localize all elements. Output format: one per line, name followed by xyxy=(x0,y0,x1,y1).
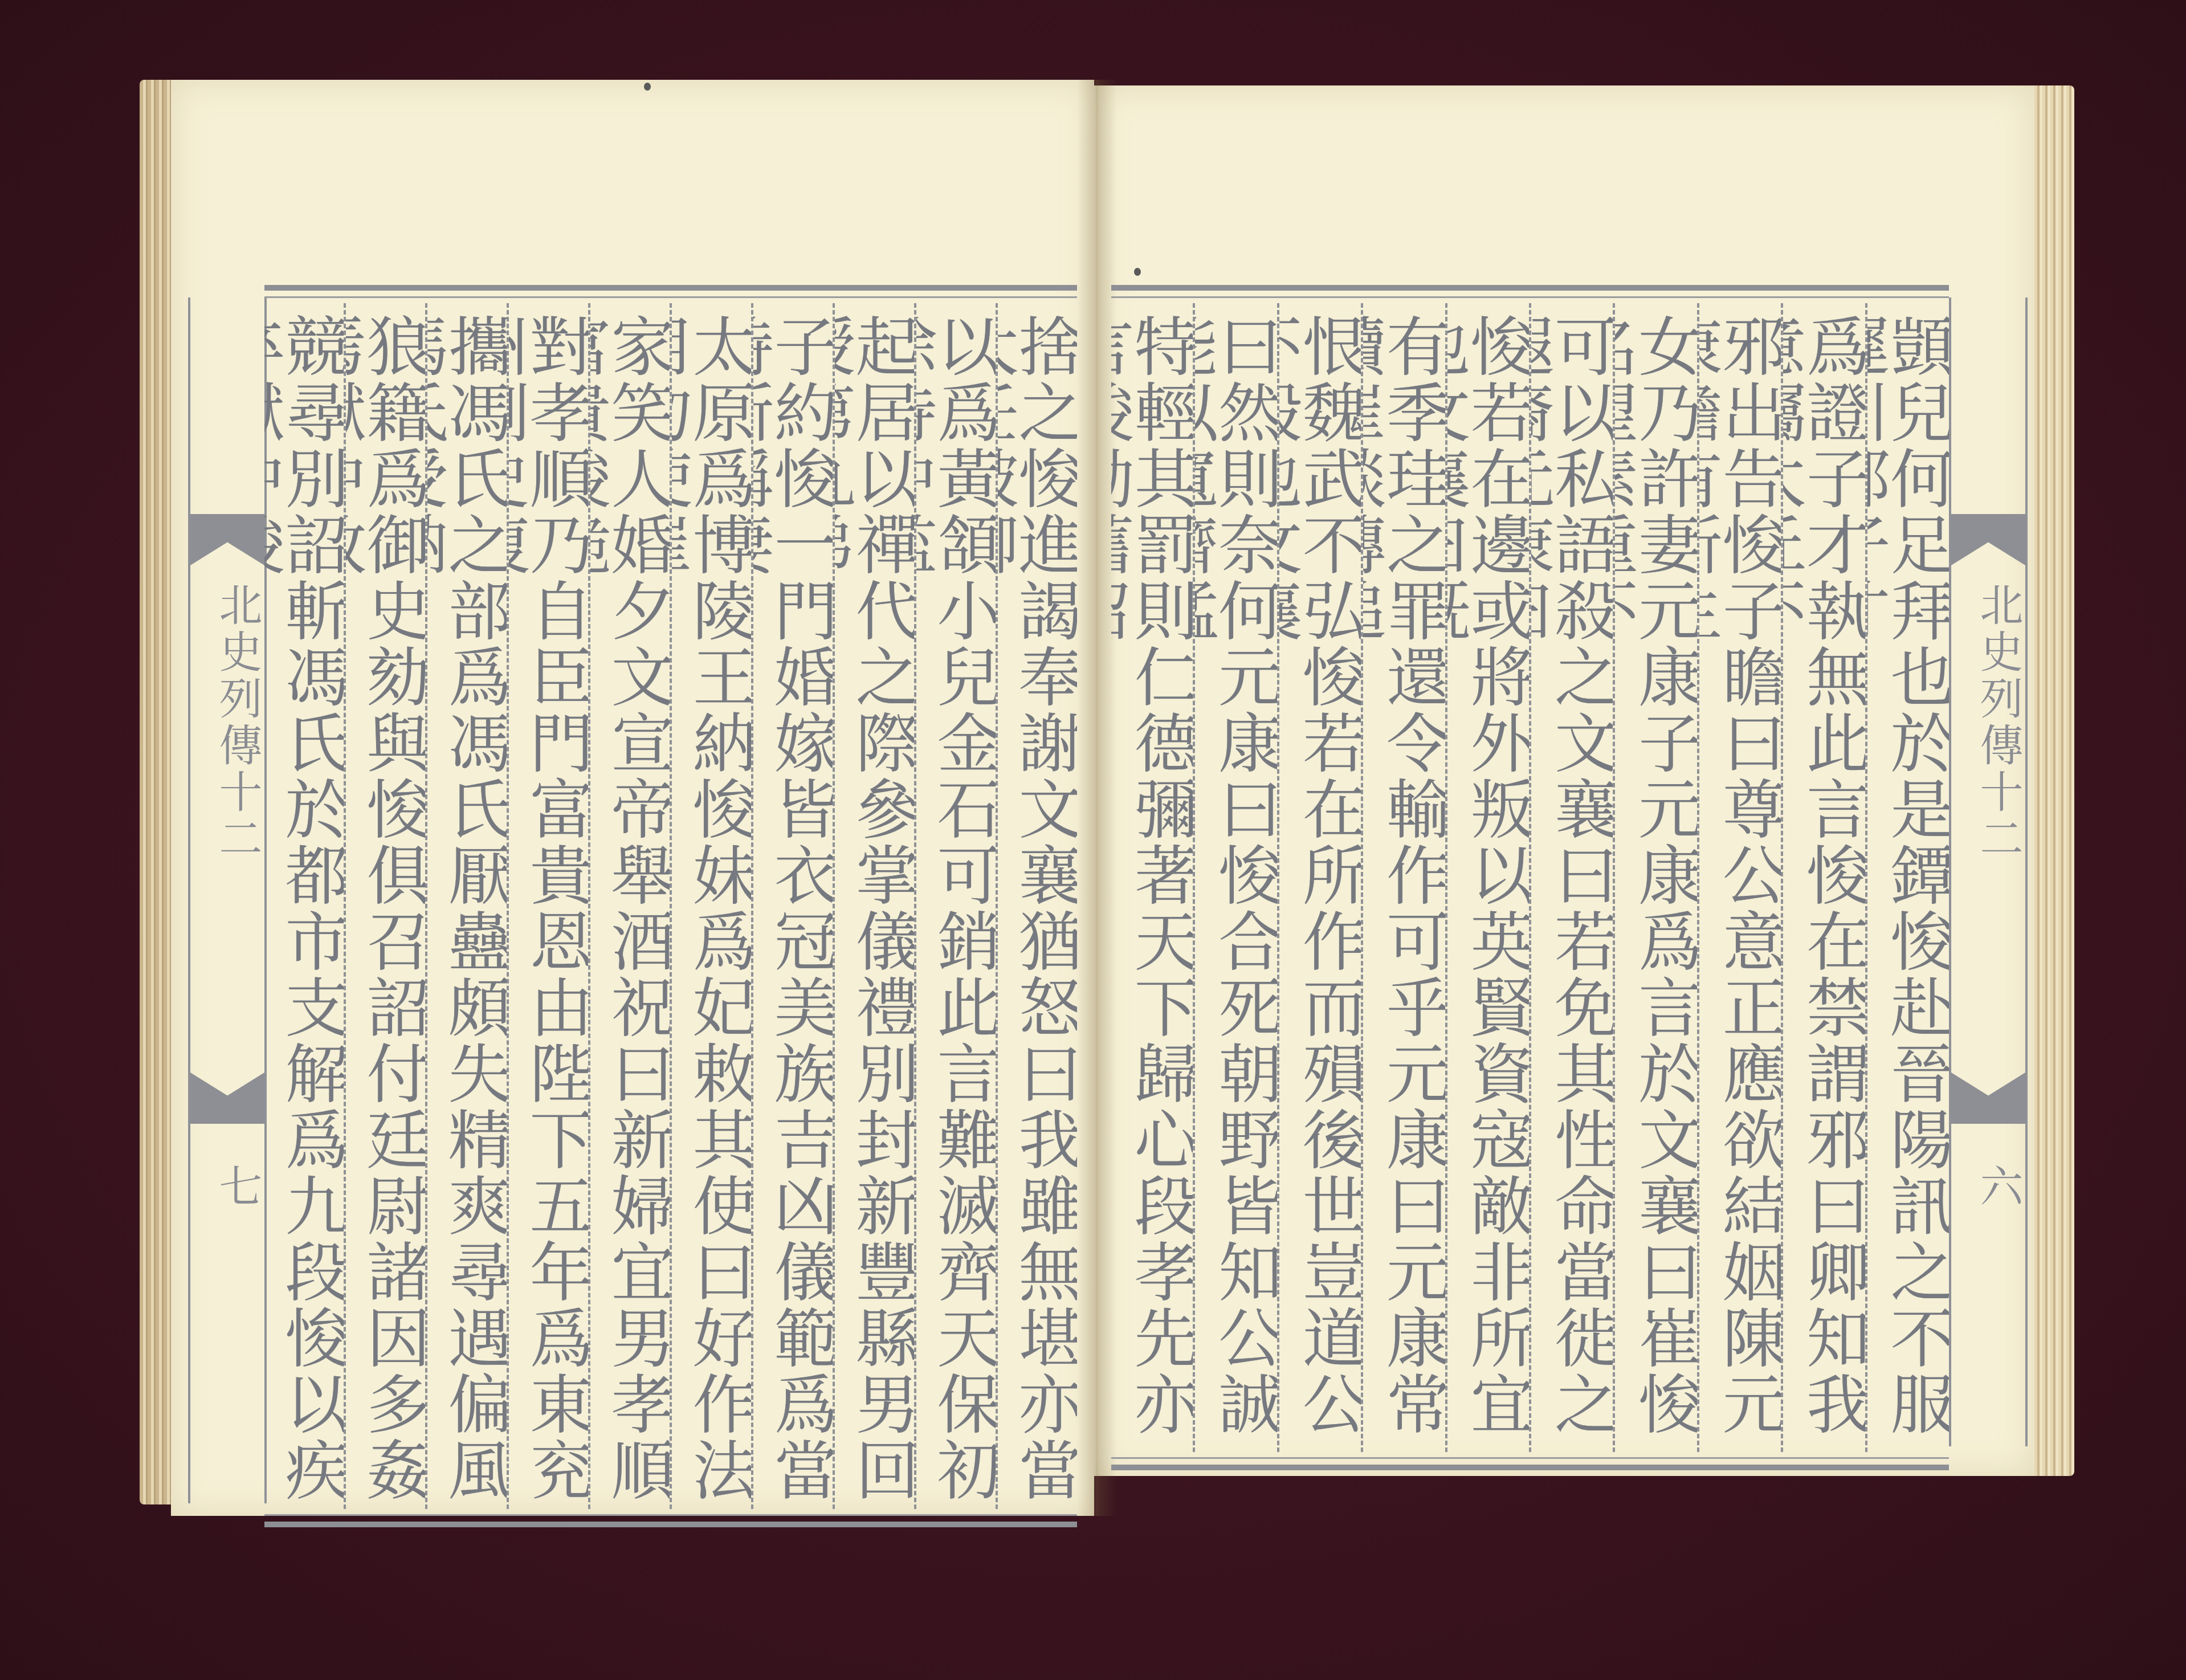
right-text-frame: 顗兒何足拜也於是鐔悛赴晉陽訊之不服遲引邪子才 爲證子才執無此言悛在禁謂邪曰卿知我… xyxy=(1111,285,1949,1470)
right-folio-number: 六 xyxy=(1957,1164,2020,1210)
text-column: 狼籍爲御史劾與悛俱召詔付廷尉諸因多姦焉獄中致 xyxy=(344,303,425,1509)
text-column: 邪出告悛子瞻曰尊公意正應欲結姻陳元康瞻有新生 xyxy=(1697,303,1781,1452)
right-text-columns: 顗兒何足拜也於是鐔悛赴晉陽訊之不服遲引邪子才 爲證子才執無此言悛在禁謂邪曰卿知我… xyxy=(1111,303,1949,1452)
text-column: 起居以禪代之際參掌儀禮別封新豐縣男回授第九弟 xyxy=(833,303,914,1509)
text-column: 子約悛一門婚嫁皆衣冠美族吉凶儀範爲當時所稱妻 xyxy=(751,303,833,1509)
fishtail-mark-lower xyxy=(1951,1073,2025,1124)
right-margin-title: 北史列傳十二 xyxy=(1957,582,2020,863)
fishtail-mark-lower xyxy=(190,1073,264,1124)
text-column: 女乃許妻元康子元康爲言於文襄曰崔悛名望素重不 xyxy=(1613,303,1696,1452)
text-column: 顗兒何足拜也於是鐔悛赴晉陽訊之不服遲引邪子才 xyxy=(1865,303,1949,1452)
fishtail-mark-upper xyxy=(1951,514,2025,565)
text-column: 可以私語殺之文襄曰若免其性命當徙之遐裔元康曰 xyxy=(1529,303,1613,1452)
fishtail-mark-upper xyxy=(190,514,264,565)
text-column: 對孝順乃自臣門富貴恩由陛下五年爲東兖州刺史復 xyxy=(507,303,588,1509)
text-column: 太原爲博陵王納悛妹爲妃敕其使曰好作法用勿使崔 xyxy=(670,303,751,1509)
left-folio-number: 七 xyxy=(196,1164,259,1210)
text-column: 爲證子才執無此言悛在禁謂邪曰卿知我意屬太丘不 xyxy=(1781,303,1865,1452)
binding-hole xyxy=(644,83,651,91)
text-column: 悛若在邊或將外叛以英賢資寇敵非所宜也文襄曰既 xyxy=(1445,303,1529,1452)
right-block-mouth-column: 北史列傳十二 六 xyxy=(1949,297,2028,1446)
text-column: 競尋別詔斬馮氏於都市支解爲九段悛以疾卒獄中悛 xyxy=(264,303,344,1509)
left-text-columns: 捨之悛進謁奉謝文襄猶怒曰我雖無堪亦當大任被卿 以爲黃頷小兒金石可銷此言難滅齊天保… xyxy=(264,303,1077,1509)
text-column: 攜馮氏之部爲馮氏厭蠱頗失精爽尋遇偏風馮氏受納 xyxy=(425,303,507,1509)
left-margin-title: 北史列傳十二 xyxy=(196,582,259,863)
text-column: 特輕其罰則仁德彌著天下歸心段孝先亦言悛勳舊召 xyxy=(1111,303,1193,1452)
text-column: 有季珪之罪還令輸作可乎元康曰元康常讀崔琰傳追 xyxy=(1361,303,1445,1452)
right-page-edges xyxy=(2034,85,2074,1476)
text-column: 捨之悛進謁奉謝文襄猶怒曰我雖無堪亦當大任被卿 xyxy=(996,303,1077,1509)
binding-hole xyxy=(1134,268,1141,276)
text-column: 曰然則奈何元康曰悛合死朝野皆知公誠能以寬濟猛 xyxy=(1193,303,1276,1452)
left-block-mouth-column: 北史列傳十二 七 xyxy=(188,297,267,1503)
text-column: 以爲黃頷小兒金石可銷此言難滅齊天保初除侍中監 xyxy=(914,303,996,1509)
text-column: 恨魏武不弘悛若在所作而殞後世豈道公不殺也文襄 xyxy=(1277,303,1361,1452)
text-column: 家笑人婚夕文宣帝舉酒祝曰新婦宜男孝順富貴悛跪 xyxy=(588,303,670,1509)
left-text-frame: 捨之悛進謁奉謝文襄猶怒曰我雖無堪亦當大任被卿 以爲黃頷小兒金石可銷此言難滅齊天保… xyxy=(264,285,1077,1527)
